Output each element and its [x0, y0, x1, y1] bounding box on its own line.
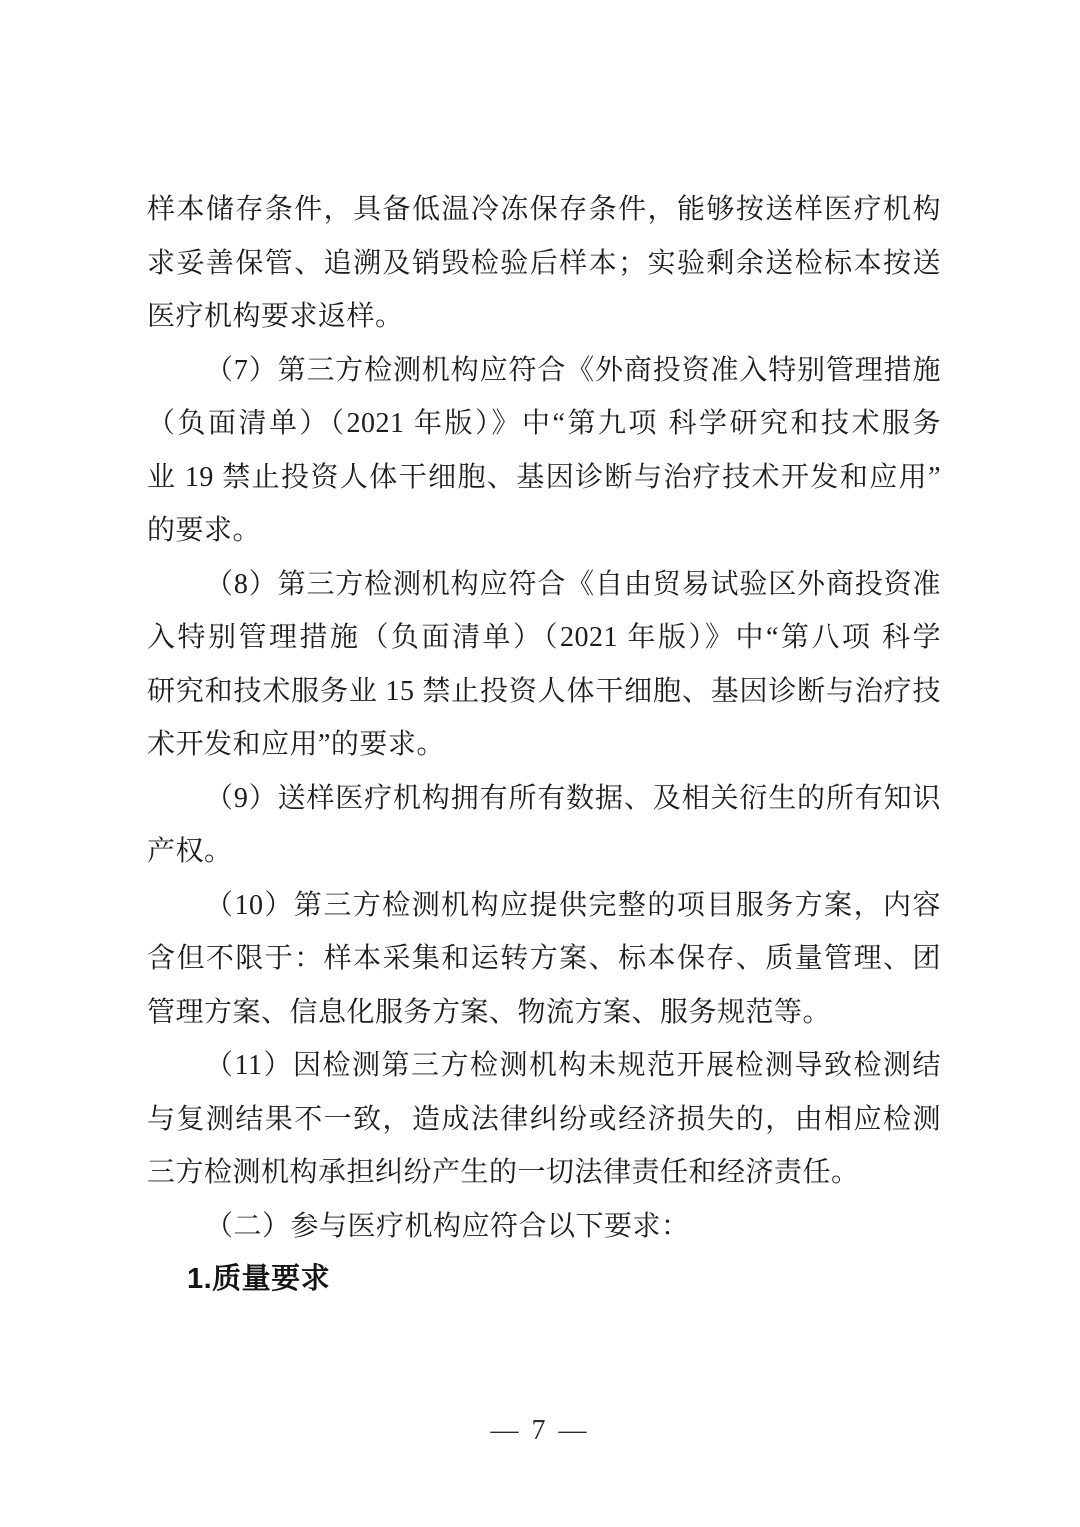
document-body: 样本储存条件，具备低温冷冻保存条件，能够按送样医疗机构要求妥善保管、追溯及销毁检…	[147, 183, 941, 1307]
text-line: （7）第三方检测机构应符合《外商投资准入特别管理措施	[147, 344, 941, 398]
text-line: 产权。	[147, 825, 941, 879]
text-line: 管理方案、信息化服务方案、物流方案、服务规范等。	[147, 986, 941, 1040]
text-line: （8）第三方检测机构应符合《自由贸易试验区外商投资准	[147, 558, 941, 612]
text-line: 研究和技术服务业 15 禁止投资人体干细胞、基因诊断与治疗技	[147, 665, 941, 719]
text-line: 三方检测机构承担纠纷产生的一切法律责任和经济责任。	[147, 1146, 941, 1200]
text-line: （11）因检测第三方检测机构未规范开展检测导致检测结果	[147, 1039, 941, 1093]
text-line: 含但不限于：样本采集和运转方案、标本保存、质量管理、团队	[147, 932, 941, 986]
page-number: — 7 —	[491, 1415, 590, 1446]
text-line: 的要求。	[147, 504, 941, 558]
text-line: （10）第三方检测机构应提供完整的项目服务方案，内容包	[147, 879, 941, 933]
section-heading: 1.质量要求	[147, 1253, 941, 1307]
page-footer: — 7 —	[0, 1408, 1080, 1454]
text-line: 医疗机构要求返样。	[147, 290, 941, 344]
text-line: 术开发和应用”的要求。	[147, 718, 941, 772]
document-page: 样本储存条件，具备低温冷冻保存条件，能够按送样医疗机构要求妥善保管、追溯及销毁检…	[0, 0, 1080, 1527]
text-line: 与复测结果不一致，造成法律纠纷或经济损失的，由相应检测第	[147, 1093, 941, 1147]
text-line: 入特别管理措施（负面清单）（2021 年版）》中“第八项 科学	[147, 611, 941, 665]
text-line: 求妥善保管、追溯及销毁检验后样本；实验剩余送检标本按送样	[147, 237, 941, 291]
text-line: （负面清单）（2021 年版）》中“第九项 科学研究和技术服务	[147, 397, 941, 451]
text-line: 业 19 禁止投资人体干细胞、基因诊断与治疗技术开发和应用”	[147, 451, 941, 505]
text-line: （二）参与医疗机构应符合以下要求：	[147, 1200, 941, 1254]
text-line: 样本储存条件，具备低温冷冻保存条件，能够按送样医疗机构要	[147, 183, 941, 237]
text-line: （9）送样医疗机构拥有所有数据、及相关衍生的所有知识	[147, 772, 941, 826]
